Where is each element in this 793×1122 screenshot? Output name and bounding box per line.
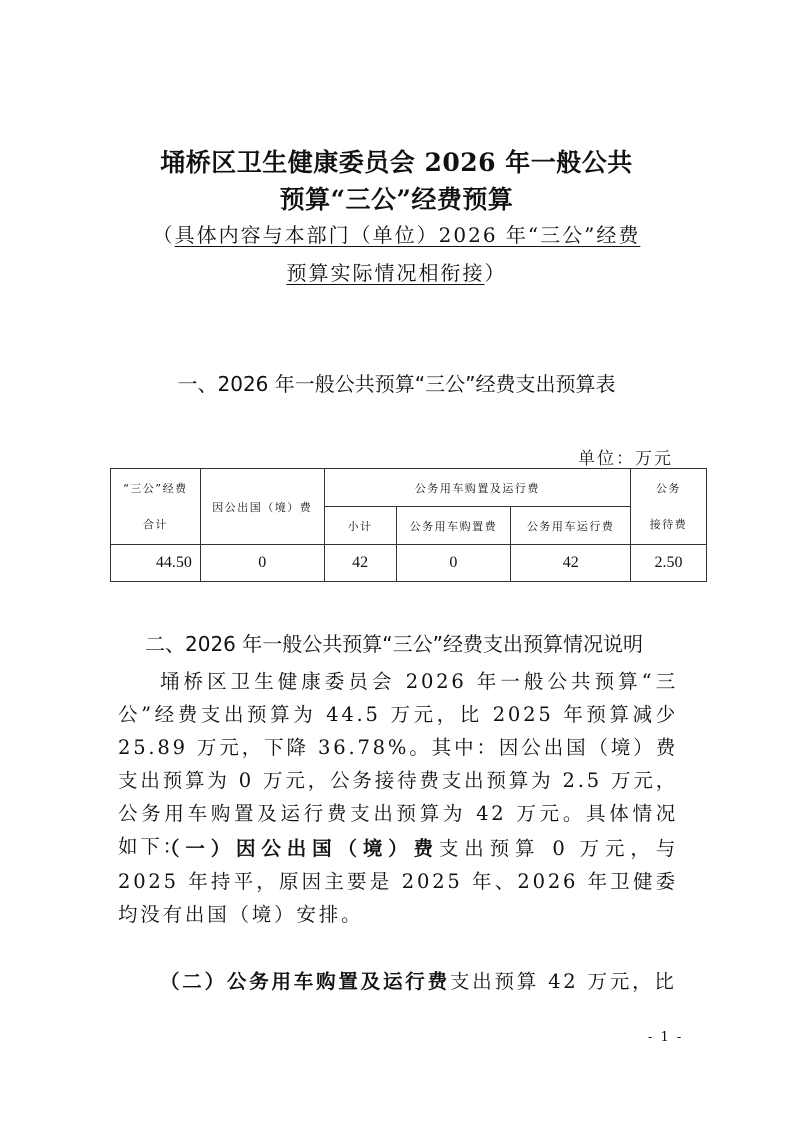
header-reception-line-2: 接待费 <box>631 507 706 543</box>
table-header-row-1: “三公”经费 合计 因公出国（境）费 公务用车购置及运行费 公务 接待费 <box>111 469 707 507</box>
unit-label: 单位：万元 <box>578 444 673 469</box>
subtitle-text-1: 具体内容与本部门（单位）2026 年“三公”经费 <box>175 223 641 247</box>
cell-total: 44.50 <box>111 545 201 582</box>
document-subtitle-line-1: （具体内容与本部门（单位）2026 年“三公”经费 <box>0 219 793 248</box>
header-total-line-1: “三公”经费 <box>111 471 200 507</box>
paragraph-vehicle: （二）公务用车购置及运行费支出预算 42 万元，比 <box>118 965 678 998</box>
header-vehicle-subtotal: 小计 <box>324 507 396 545</box>
subtitle-text-2: 预算实际情况相衔接 <box>287 261 485 285</box>
header-total-line-2: 合计 <box>111 507 200 543</box>
paragraph-abroad: （一）因公出国（境）费支出预算 0 万元，与 2025 年持平，原因主要是 20… <box>118 832 678 931</box>
header-total: “三公”经费 合计 <box>111 469 201 545</box>
subtitle-close-paren: ） <box>485 261 507 285</box>
paragraph-vehicle-heading: （二）公务用车购置及运行费 <box>160 970 450 993</box>
budget-table: “三公”经费 合计 因公出国（境）费 公务用车购置及运行费 公务 接待费 小计 … <box>110 468 707 582</box>
page-number: - 1 - <box>648 1030 683 1045</box>
subtitle-open-paren: （ <box>153 223 175 247</box>
cell-reception: 2.50 <box>631 545 707 582</box>
header-reception-line-1: 公务 <box>631 471 706 507</box>
paragraph-abroad-heading: （一）因公出国（境）费 <box>160 837 439 860</box>
header-vehicle-operation: 公务用车运行费 <box>511 507 631 545</box>
cell-vehicle-operation: 42 <box>511 545 631 582</box>
cell-abroad: 0 <box>200 545 324 582</box>
header-vehicle-purchase: 公务用车购置费 <box>396 507 511 545</box>
cell-vehicle-subtotal: 42 <box>324 545 396 582</box>
document-title-line-1: 埇桥区卫生健康委员会 2026 年一般公共 <box>0 143 793 179</box>
section-2-heading: 二、2026 年一般公共预算“三公”经费支出预算情况说明 <box>145 628 643 657</box>
paragraph-vehicle-body: 支出预算 42 万元，比 <box>450 970 677 993</box>
section-1-heading: 一、2026 年一般公共预算“三公”经费支出预算表 <box>0 368 793 397</box>
table-row: 44.50 0 42 0 42 2.50 <box>111 545 707 582</box>
document-subtitle-line-2: 预算实际情况相衔接） <box>0 257 793 286</box>
cell-vehicle-purchase: 0 <box>396 545 511 582</box>
header-vehicle-group: 公务用车购置及运行费 <box>324 469 630 507</box>
header-abroad: 因公出国（境）费 <box>200 469 324 545</box>
document-title-line-2: 预算“三公”经费预算 <box>0 180 793 216</box>
header-reception: 公务 接待费 <box>631 469 707 545</box>
